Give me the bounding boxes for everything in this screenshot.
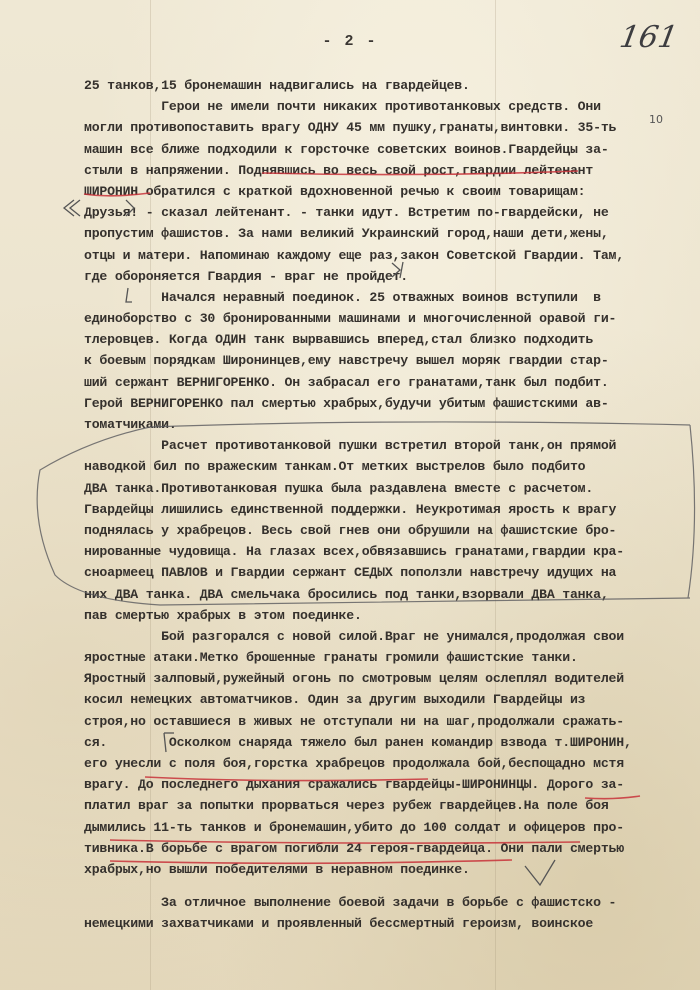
- graphite-enclosure: [37, 422, 694, 605]
- document-page: - 2 - 161 25 танков,15 бронемашин надвиг…: [0, 0, 700, 990]
- red-underlines: [84, 171, 640, 863]
- guillemet-marks: [64, 200, 555, 885]
- pencil-annotations: [0, 0, 700, 990]
